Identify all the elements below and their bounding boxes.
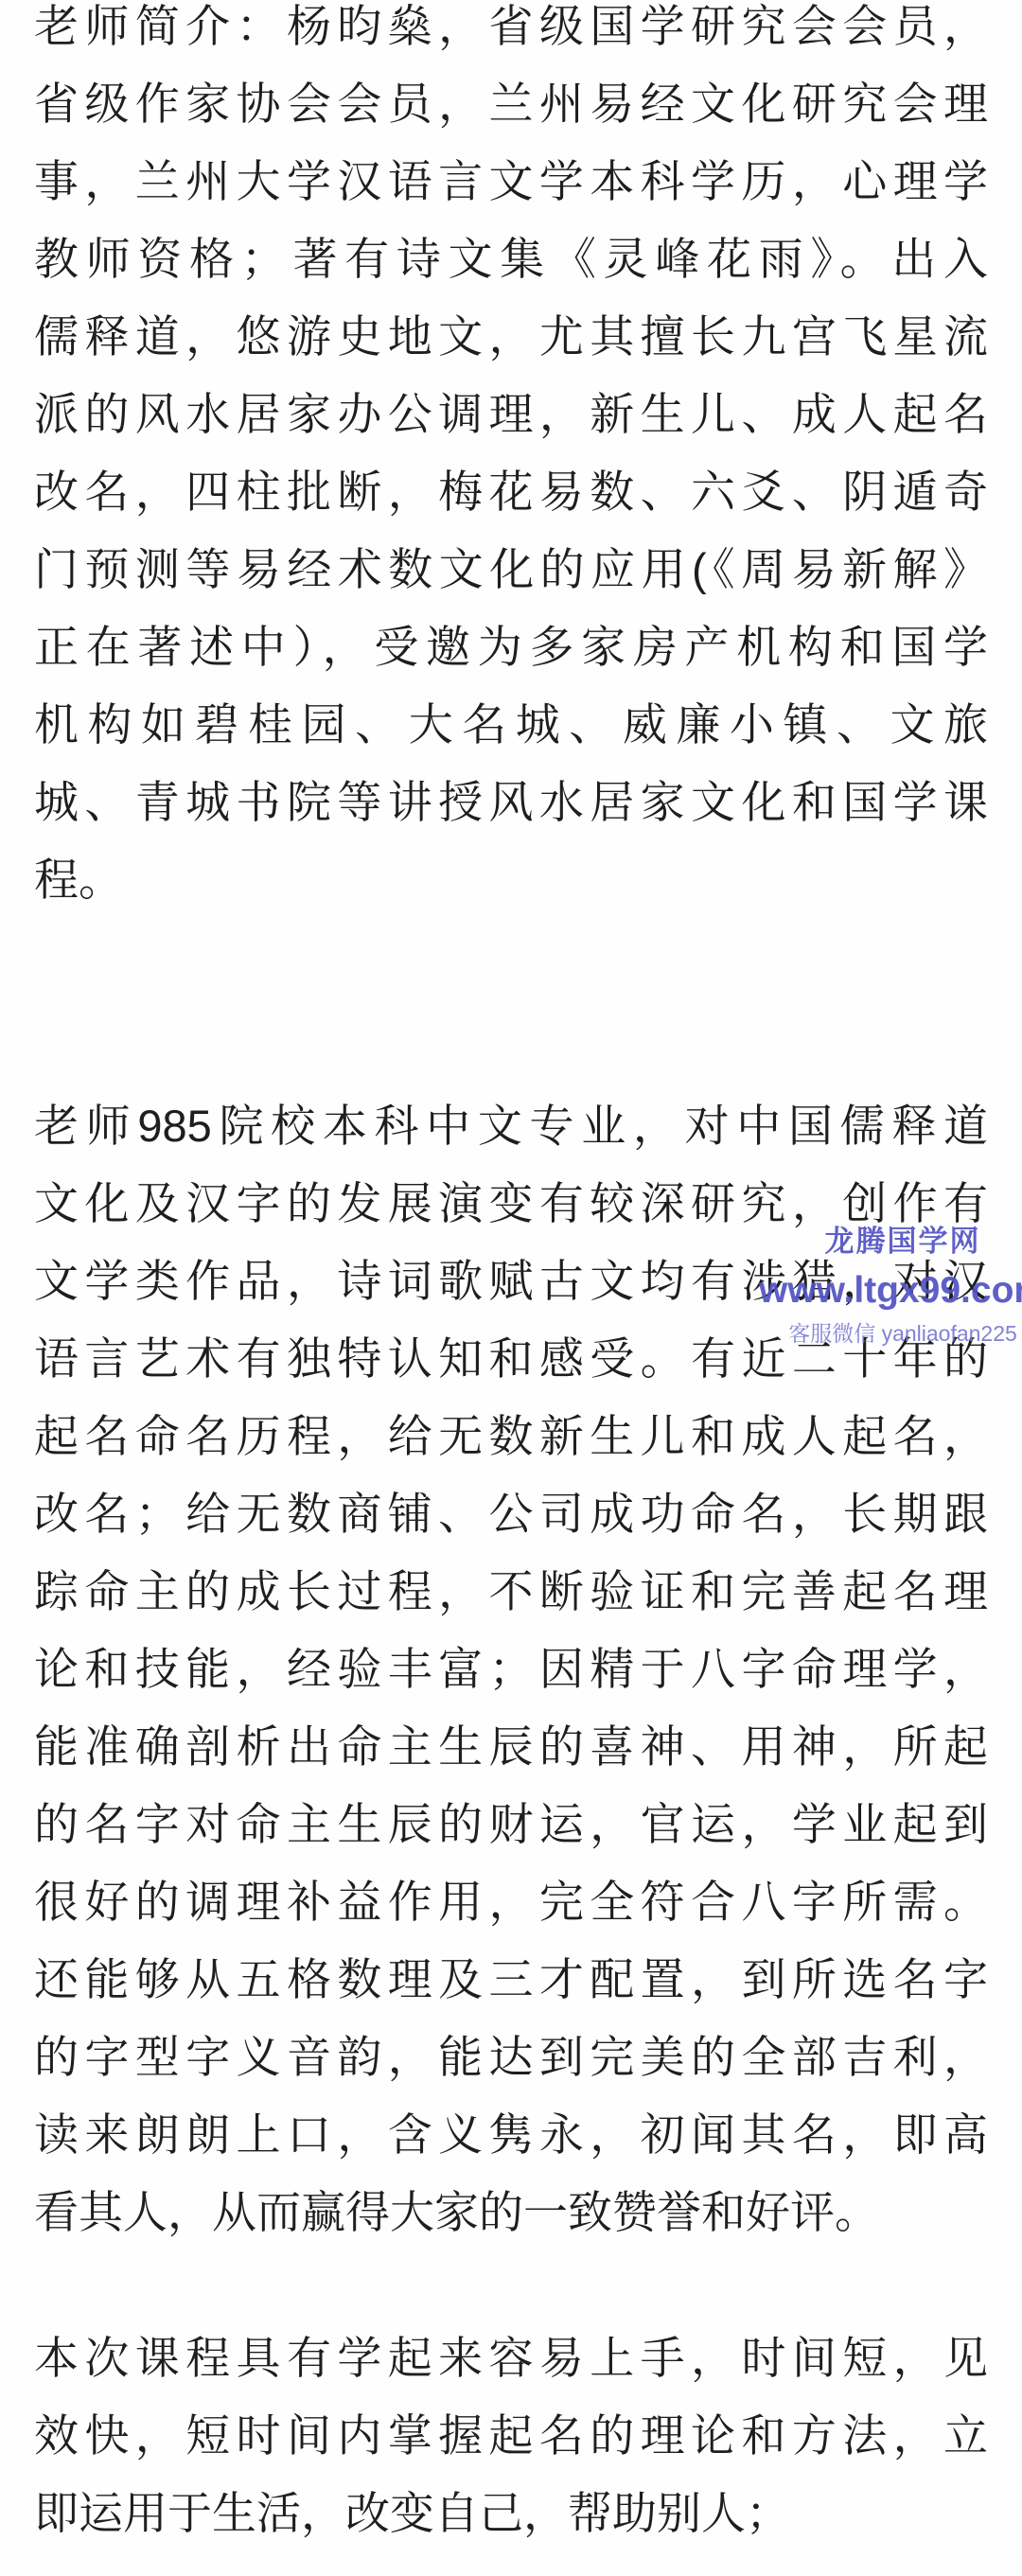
text-line: 看其人，从而赢得大家的一致赞誉和好评。 [34,2174,988,2251]
text-line: 文学类作品，诗词歌赋古文均有涉猎，对汉 [34,1243,988,1320]
text-line: 改名；给无数商铺、公司成功命名，长期跟 [34,1475,988,1553]
text-line: 效快，短时间内掌握起名的理论和方法，立 [34,2397,988,2475]
text-line: 即运用于生活，改变自己，帮助别人； [34,2475,988,2552]
text-line: 正在著述中），受邀为多家房产机构和国学 [34,609,988,686]
text-line: 起名命名历程，给无数新生儿和成人起名， [34,1398,988,1475]
text-line: 老师985院校本科中文专业，对中国儒释道 [34,1087,988,1165]
text-line: 文化及汉字的发展演变有较深研究，创作有 [34,1165,988,1243]
text-line: 门预测等易经术数文化的应用(《周易新解》 [34,531,988,609]
text-line: 的名字对命主生辰的财运，官运，学业起到 [34,1786,988,1863]
text-line: 儒释道，悠游史地文，尤其擅长九宫飞星流 [34,298,988,376]
text-line: 能准确剖析出命主生辰的喜神、用神，所起 [34,1708,988,1786]
text-line: 城、青城书院等讲授风水居家文化和国学课 [34,764,988,841]
text-line: 事，兰州大学汉语言文学本科学历，心理学 [34,143,988,221]
text-line: 改名，四柱批断，梅花易数、六爻、阴遁奇 [34,453,988,531]
paragraph-teacher-intro: 老师简介：杨昀燊，省级国学研究会会员，省级作家协会会员，兰州易经文化研究会理事，… [34,0,988,919]
text-line: 教师资格；著有诗文集《灵峰花雨》。出入 [34,221,988,298]
paragraph-course-benefits: 本次课程具有学起来容易上手，时间短，见效快，短时间内掌握起名的理论和方法，立即运… [34,2320,988,2552]
article-body: 老师简介：杨昀燊，省级国学研究会会员，省级作家协会会员，兰州易经文化研究会理事，… [34,0,988,2552]
text-line: 派的风水居家办公调理，新生儿、成人起名 [34,376,988,453]
text-line: 本次课程具有学起来容易上手，时间短，见 [34,2320,988,2397]
text-line: 很好的调理补益作用，完全符合八字所需。 [34,1863,988,1941]
article-page: 老师简介：杨昀燊，省级国学研究会会员，省级作家协会会员，兰州易经文化研究会理事，… [0,0,1022,2576]
text-line: 机构如碧桂园、大名城、威廉小镇、文旅 [34,686,988,764]
text-line: 程。 [34,841,988,919]
text-line: 还能够从五格数理及三才配置，到所选名字 [34,1941,988,2019]
text-line: 省级作家协会会员，兰州易经文化研究会理 [34,65,988,143]
text-line: 读来朗朗上口，含义隽永，初闻其名，即高 [34,2096,988,2174]
text-line: 语言艺术有独特认知和感受。有近二十年的 [34,1320,988,1398]
paragraph-teacher-background: 老师985院校本科中文专业，对中国儒释道文化及汉字的发展演变有较深研究，创作有文… [34,1087,988,2251]
text-line: 踪命主的成长过程，不断验证和完善起名理 [34,1553,988,1631]
text-line: 老师简介：杨昀燊，省级国学研究会会员， [34,0,988,65]
text-line: 的字型字义音韵，能达到完美的全部吉利， [34,2019,988,2096]
text-line: 论和技能，经验丰富；因精于八字命理学， [34,1631,988,1708]
